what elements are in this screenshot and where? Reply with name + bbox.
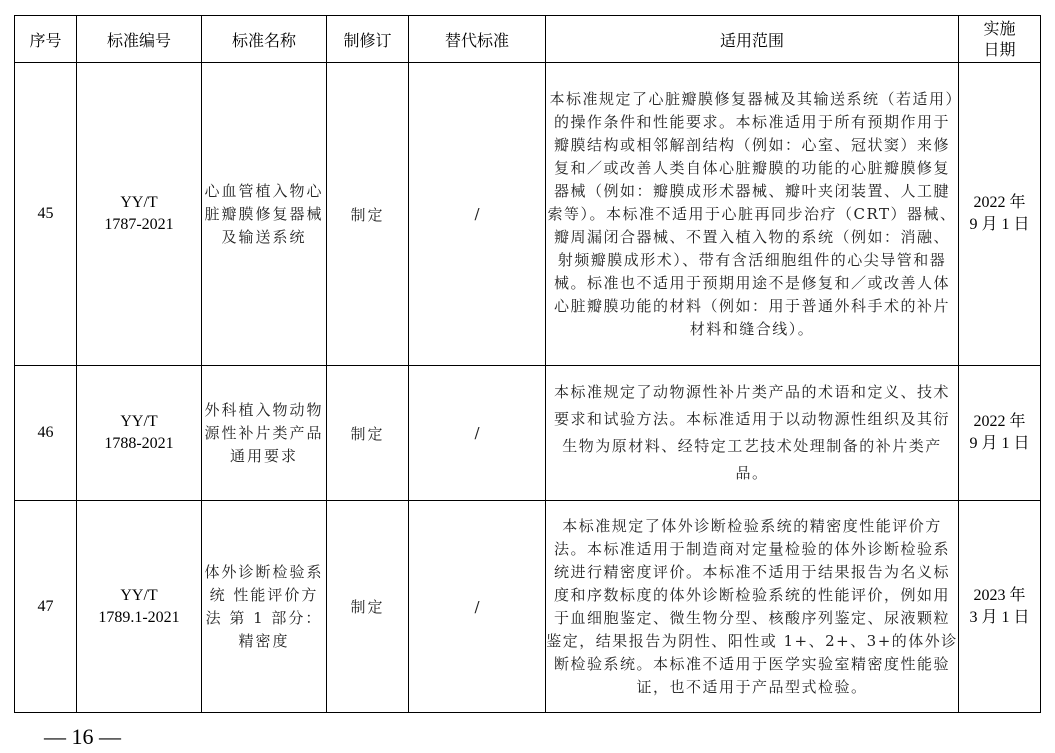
row-index: 46 bbox=[15, 366, 77, 501]
row-code-number: 1788-2021 bbox=[77, 433, 201, 455]
row-revision: 制定 bbox=[327, 366, 409, 501]
row-scope: 本标准规定了心脏瓣膜修复器械及其输送系统（若适用）的操作条件和性能要求。本标准适… bbox=[546, 63, 959, 366]
header-date: 实施 日期 bbox=[959, 16, 1041, 63]
row-code-prefix: YY/T bbox=[77, 585, 201, 607]
row-date-year: 2022 年 bbox=[959, 192, 1040, 214]
header-index: 序号 bbox=[15, 16, 77, 63]
row-code: YY/T 1787-2021 bbox=[77, 63, 202, 366]
row-code: YY/T 1789.1-2021 bbox=[77, 501, 202, 713]
header-revision: 制修订 bbox=[327, 16, 409, 63]
row-index: 47 bbox=[15, 501, 77, 713]
page-number: — 16 — bbox=[44, 724, 121, 750]
header-name: 标准名称 bbox=[202, 16, 327, 63]
header-replaces: 替代标准 bbox=[409, 16, 546, 63]
row-index: 45 bbox=[15, 63, 77, 366]
row-replaces: / bbox=[409, 63, 546, 366]
header-date-line1: 实施 bbox=[959, 18, 1040, 39]
row-code-prefix: YY/T bbox=[77, 192, 201, 214]
row-code-number: 1787-2021 bbox=[77, 214, 201, 236]
table-row: 46 YY/T 1788-2021 外科植入物动物源性补片类产品通用要求 制定 … bbox=[15, 366, 1041, 501]
header-code: 标准编号 bbox=[77, 16, 202, 63]
row-replaces: / bbox=[409, 366, 546, 501]
table-row: 45 YY/T 1787-2021 心血管植入物心脏瓣膜修复器械及输送系统 制定… bbox=[15, 63, 1041, 366]
row-date: 2022 年 9 月 1 日 bbox=[959, 63, 1041, 366]
row-name: 外科植入物动物源性补片类产品通用要求 bbox=[202, 366, 327, 501]
row-code: YY/T 1788-2021 bbox=[77, 366, 202, 501]
row-scope: 本标准规定了动物源性补片类产品的术语和定义、技术要求和试验方法。本标准适用于以动… bbox=[546, 366, 959, 501]
row-date-day: 9 月 1 日 bbox=[959, 214, 1040, 236]
row-name: 心血管植入物心脏瓣膜修复器械及输送系统 bbox=[202, 63, 327, 366]
header-date-line2: 日期 bbox=[959, 39, 1040, 60]
header-row: 序号 标准编号 标准名称 制修订 替代标准 适用范围 实施 日期 bbox=[15, 16, 1041, 63]
row-revision: 制定 bbox=[327, 63, 409, 366]
row-date-day: 9 月 1 日 bbox=[959, 433, 1040, 455]
row-scope: 本标准规定了体外诊断检验系统的精密度性能评价方法。本标准适用于制造商对定量检验的… bbox=[546, 501, 959, 713]
row-name: 体外诊断检验系统 性能评价方法 第 1 部分：精密度 bbox=[202, 501, 327, 713]
row-code-prefix: YY/T bbox=[77, 411, 201, 433]
standards-table: 序号 标准编号 标准名称 制修订 替代标准 适用范围 实施 日期 45 YY/T… bbox=[14, 15, 1041, 713]
row-replaces: / bbox=[409, 501, 546, 713]
row-revision: 制定 bbox=[327, 501, 409, 713]
row-date-day: 3 月 1 日 bbox=[959, 607, 1040, 629]
row-date: 2022 年 9 月 1 日 bbox=[959, 366, 1041, 501]
row-date-year: 2022 年 bbox=[959, 411, 1040, 433]
table-row: 47 YY/T 1789.1-2021 体外诊断检验系统 性能评价方法 第 1 … bbox=[15, 501, 1041, 713]
row-code-number: 1789.1-2021 bbox=[77, 607, 201, 629]
header-scope: 适用范围 bbox=[546, 16, 959, 63]
row-date-year: 2023 年 bbox=[959, 585, 1040, 607]
row-date: 2023 年 3 月 1 日 bbox=[959, 501, 1041, 713]
